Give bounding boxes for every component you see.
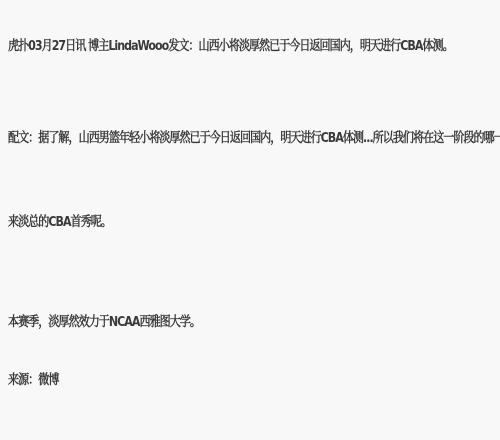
season-info-paragraph: 本赛季，淡厚然效力于NCAA西雅图大学。 xyxy=(8,314,200,330)
quote-paragraph-line-2: 来淡总的CBA首秀呢。 xyxy=(8,214,111,230)
source-line: 来源：微博 xyxy=(8,372,58,388)
news-lead-paragraph: 虎扑03月27日讯 博主LindaWooo发文：山西小将淡厚然已于今日返回国内，… xyxy=(8,38,453,54)
article-body: 虎扑03月27日讯 博主LindaWooo发文：山西小将淡厚然已于今日返回国内，… xyxy=(0,0,500,440)
quote-paragraph-line-1: 配文：据了解，山西男篮年轻小将淡厚然已于今日返回国内，明天进行CBA体测...所… xyxy=(8,130,500,146)
